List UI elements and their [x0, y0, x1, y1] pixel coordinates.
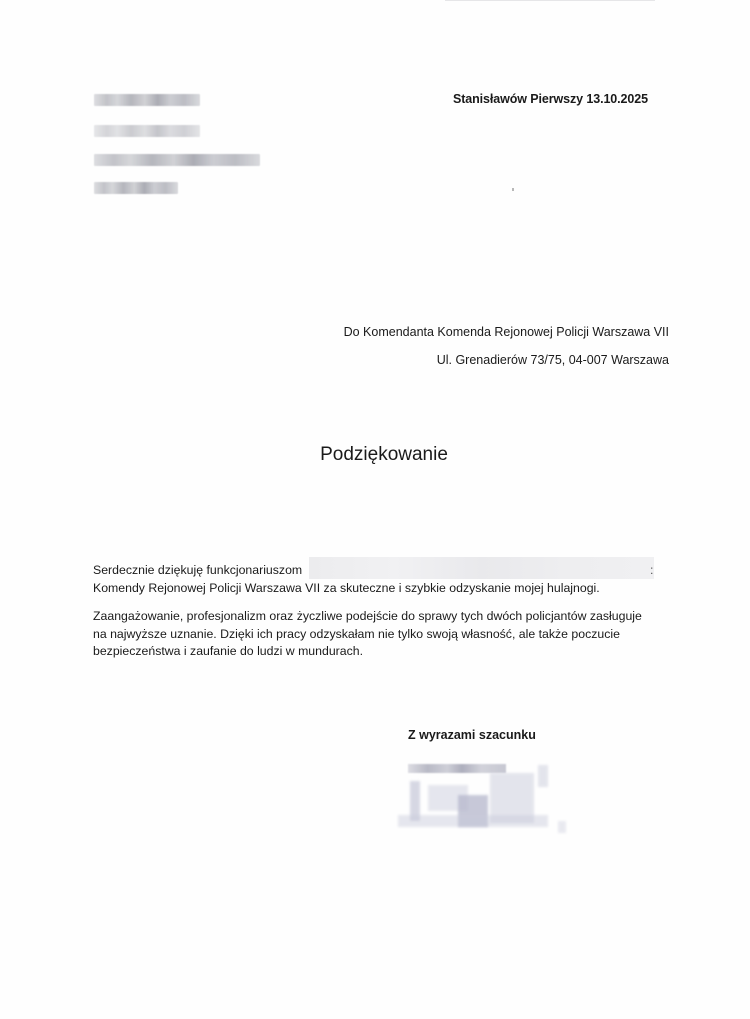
redacted-sender-line: [94, 125, 200, 137]
letter-title: Podziękowanie: [0, 444, 750, 466]
closing-salutation: Z wyrazami szacunku: [408, 728, 536, 742]
body-line: bezpieczeństwa i zaufanie do ludzi w mun…: [93, 643, 683, 661]
scan-speck: [512, 188, 514, 191]
signature-stroke: [398, 815, 548, 827]
body-line: Komendy Rejonowej Policji Warszawa VII z…: [93, 580, 683, 598]
letter-body: Serdecznie dziękuję funkcjonariuszom : K…: [93, 562, 683, 661]
recipient-line: Do Komendanta Komenda Rejonowej Policji …: [344, 318, 669, 346]
signature-stroke: [538, 765, 548, 787]
scan-edge: [445, 0, 655, 1]
recipient-address: Do Komendanta Komenda Rejonowej Policji …: [344, 318, 669, 374]
redacted-sender-line: [94, 182, 178, 194]
place-and-date: Stanisławów Pierwszy 13.10.2025: [453, 92, 648, 106]
letter-page: Stanisławów Pierwszy 13.10.2025 Do Komen…: [0, 0, 750, 1019]
paragraph: Serdecznie dziękuję funkcjonariuszom : K…: [93, 562, 683, 597]
signature-stroke: [558, 821, 566, 833]
paragraph: Zaangażowanie, profesjonalizm oraz życzl…: [93, 608, 683, 661]
redacted-sender-line: [94, 154, 260, 166]
redacted-officer-names: [309, 557, 654, 579]
recipient-line: Ul. Grenadierów 73/75, 04-007 Warszawa: [344, 346, 669, 374]
body-text: :: [650, 562, 653, 580]
redacted-signer-name: [408, 764, 506, 773]
redacted-sender-line: [94, 94, 200, 106]
body-line: Zaangażowanie, profesjonalizm oraz życzl…: [93, 608, 683, 626]
body-line: na najwyższe uznanie. Dzięki ich pracy o…: [93, 626, 683, 644]
body-text: Serdecznie dziękuję funkcjonariuszom: [93, 563, 302, 577]
signature-redacted: [398, 755, 568, 837]
body-line: Serdecznie dziękuję funkcjonariuszom :: [93, 562, 683, 580]
